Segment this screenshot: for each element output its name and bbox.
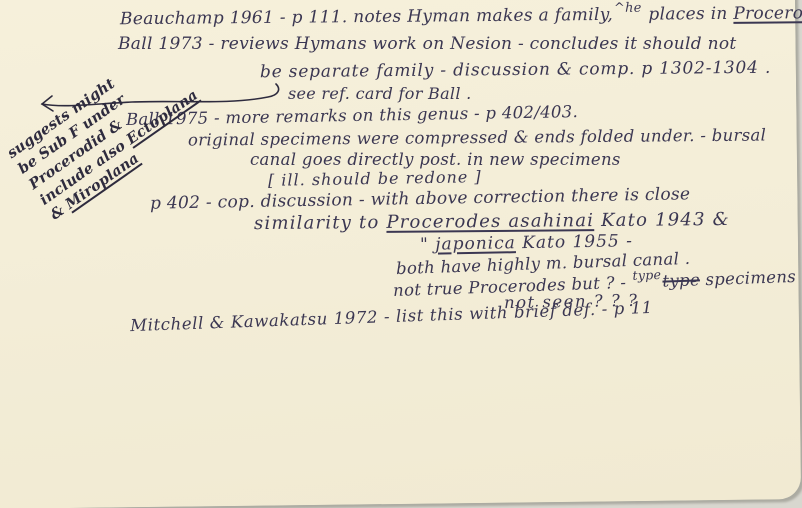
note-line-see-ref-card: see ref. card for Ball . xyxy=(288,84,472,103)
note-line-similarity-procerodes: similarity to Procerodes asahinai Kato 1… xyxy=(254,209,730,235)
note-line-original-specimens: original specimens were compressed & end… xyxy=(188,125,766,150)
note-line-ball-1973: Ball 1973 - reviews Hymans work on Nesio… xyxy=(118,34,737,54)
note-line-ill-redone: [ ill. should be redone ] xyxy=(268,167,482,190)
handwriting-segment: Kato 1955 - xyxy=(516,231,633,253)
handwriting-segment: be separate family - discussion & comp. … xyxy=(260,58,771,82)
note-line-beauchamp-1961: Beauchamp 1961 - p 111. notes Hyman make… xyxy=(120,3,802,30)
handwriting-segment: " xyxy=(420,235,436,255)
handwriting-segment: see ref. card for Ball . xyxy=(288,84,472,103)
handwriting-segment: type xyxy=(662,270,700,290)
handwriting-segment: japonica xyxy=(435,233,516,254)
note-line-mitchell-kawakatsu: Mitchell & Kawakatsu 1972 - list this wi… xyxy=(130,298,653,336)
handwriting-segment: canal goes directly post. in new specime… xyxy=(250,150,621,169)
handwriting-segment: places in xyxy=(643,4,734,25)
handwriting-segment: Procerodes asahinai xyxy=(386,210,594,233)
handwriting-segment: similarity to xyxy=(254,212,387,234)
note-line-canal-goes: canal goes directly post. in new specime… xyxy=(250,150,621,170)
handwriting-segment: Ball 1973 - reviews Hymans work on Nesio… xyxy=(118,34,737,54)
handwriting-segment: type xyxy=(632,267,661,283)
handwriting-segment: Mitchell & Kawakatsu 1972 - list this wi… xyxy=(130,298,653,335)
handwriting-layer: Beauchamp 1961 - p 111. notes Hyman make… xyxy=(0,0,802,508)
handwriting-segment: Beauchamp 1961 - p 111. notes Hyman make… xyxy=(120,5,613,29)
handwriting-segment: Procerodidae xyxy=(733,3,802,24)
scanned-card-stage: Beauchamp 1961 - p 111. notes Hyman make… xyxy=(0,0,802,508)
handwriting-segment: ^he xyxy=(614,1,642,17)
note-line-separate-family: be separate family - discussion & comp. … xyxy=(260,58,771,83)
handwriting-segment: specimens xyxy=(700,267,797,289)
handwriting-segment: Kato 1943 & xyxy=(594,209,730,231)
handwriting-segment: original specimens were compressed & end… xyxy=(188,125,766,149)
handwriting-segment: [ ill. should be redone ] xyxy=(268,167,482,190)
